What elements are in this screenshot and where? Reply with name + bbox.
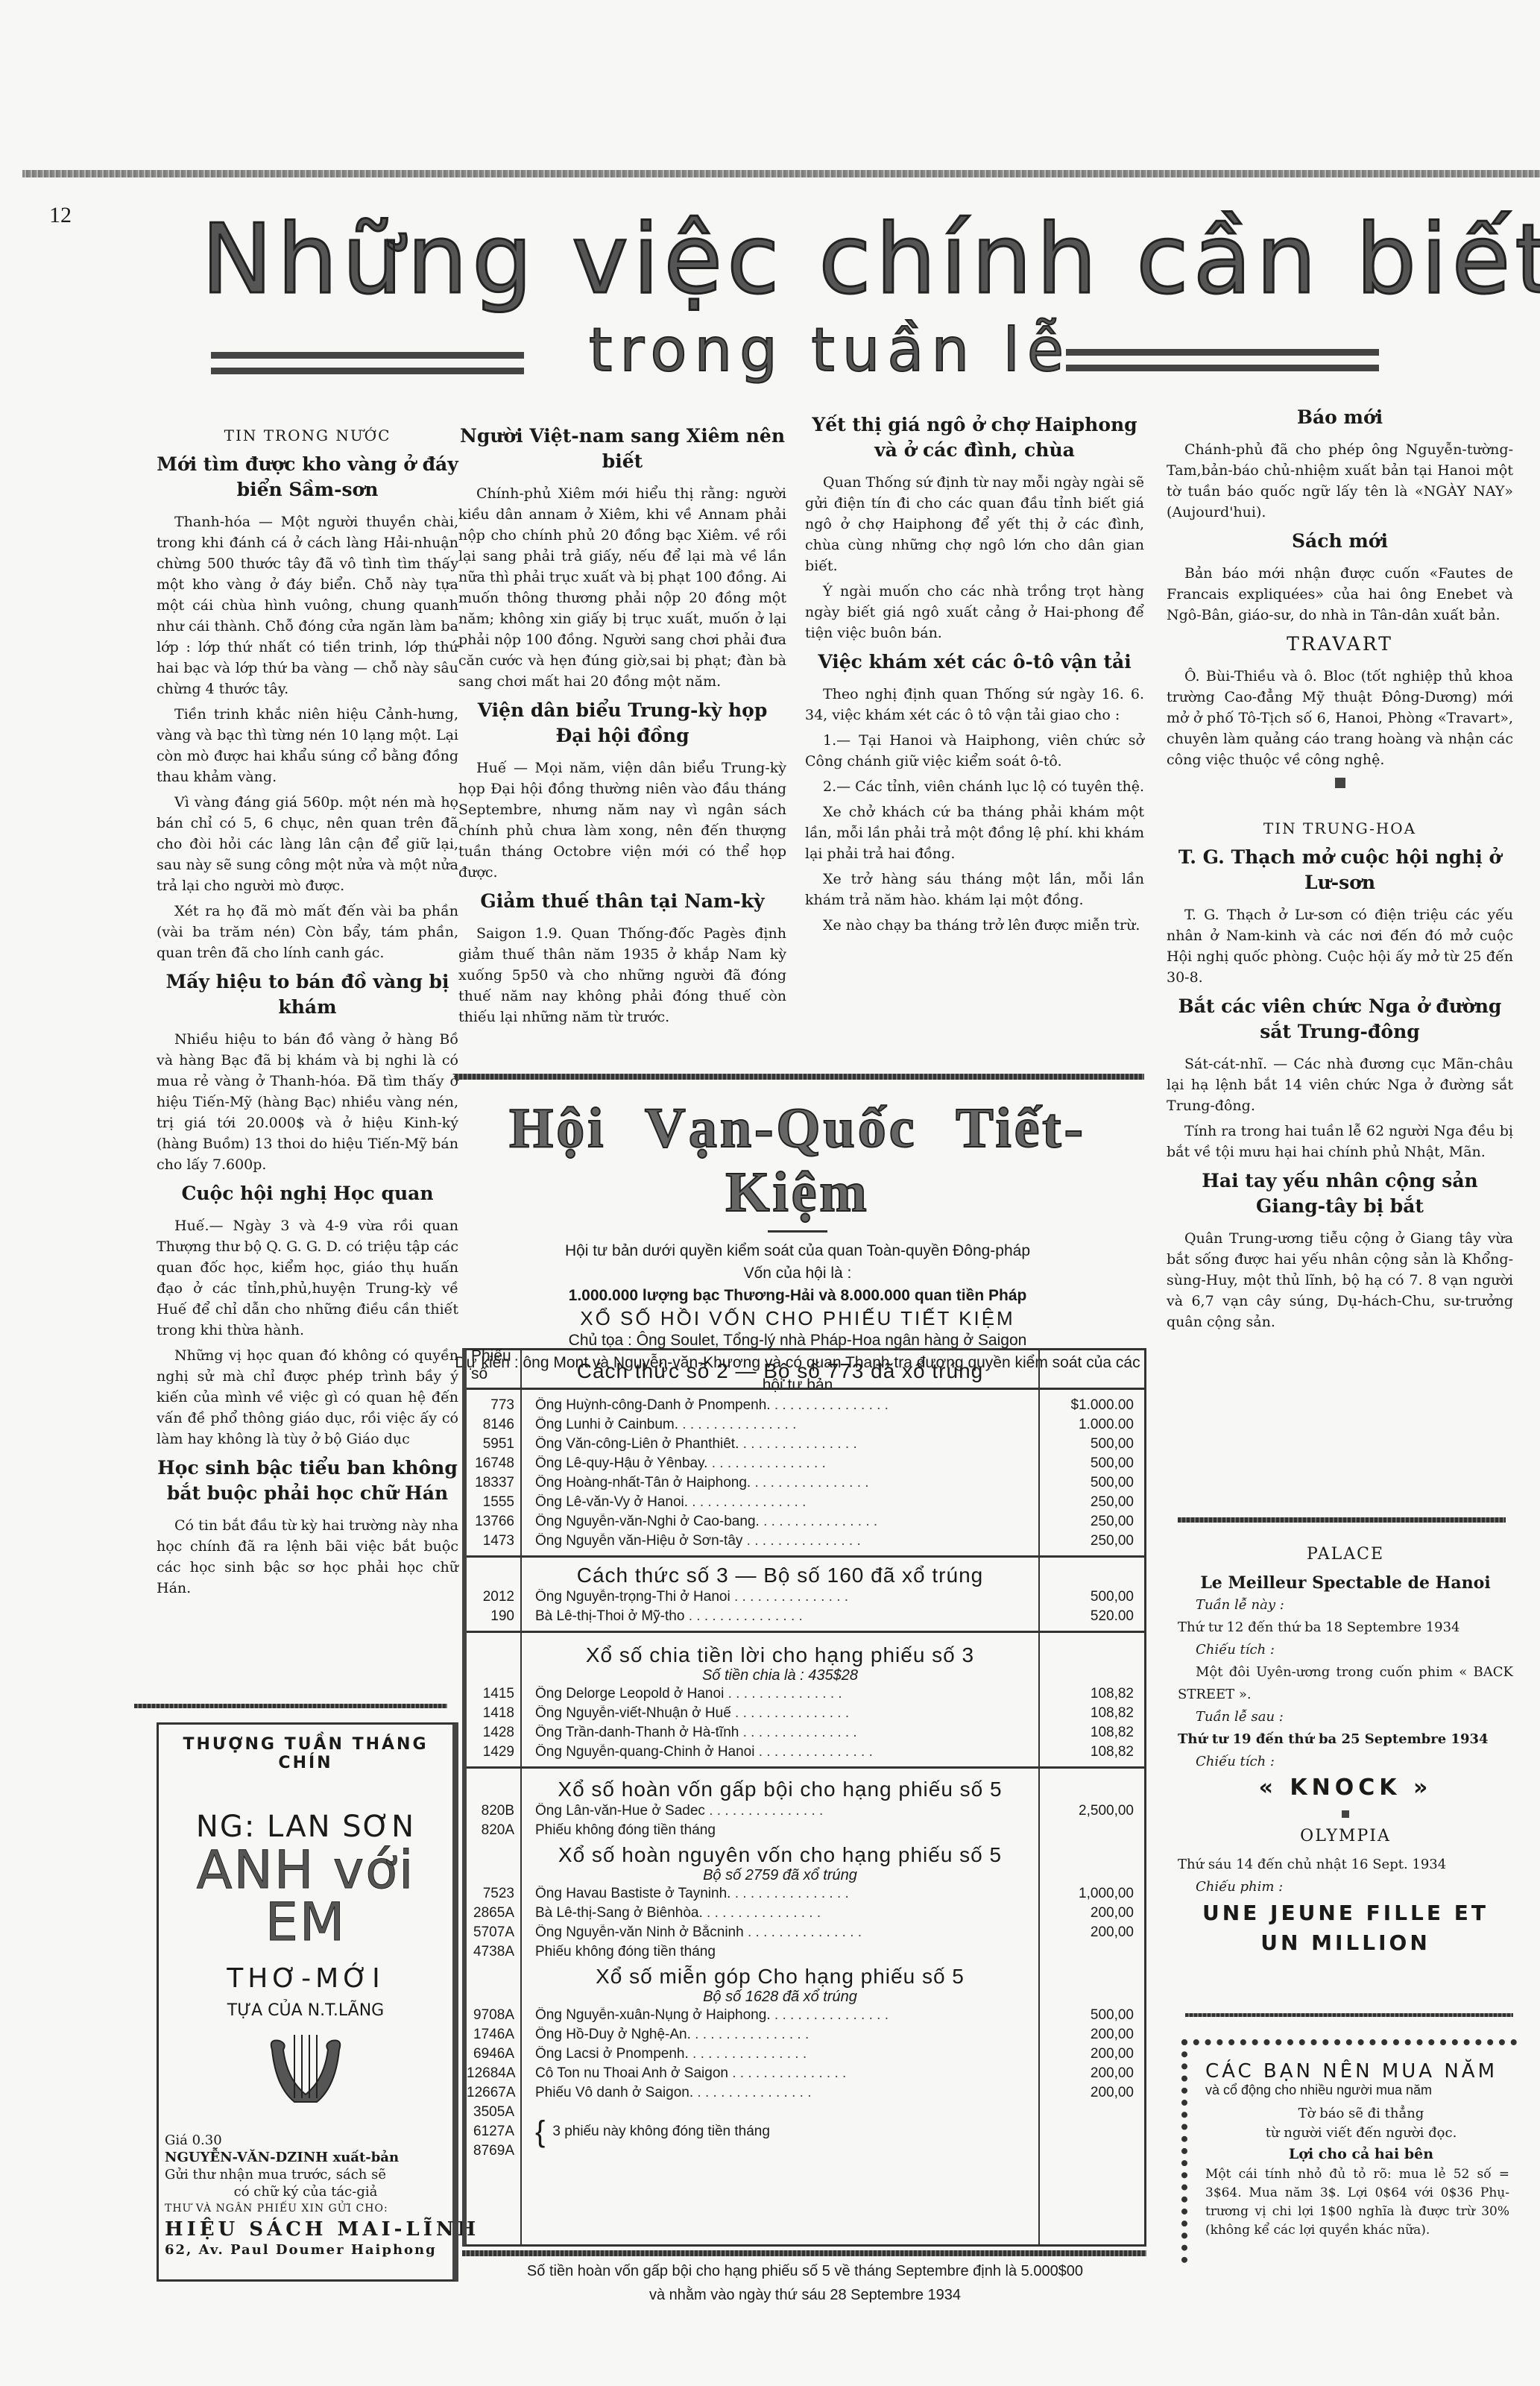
article-paragraph: Ý ngài muốn cho các nhà trồng trọt hàng … xyxy=(805,581,1144,643)
film-title: « KNOCK » xyxy=(1178,1773,1513,1803)
title-rule-left xyxy=(211,352,524,374)
article-headline: Việc khám xét các ô-tô vận tải xyxy=(805,649,1144,675)
lottery-line: Vốn của hội là : xyxy=(455,1262,1140,1285)
cinema-listings: PALACE Le Meilleur Spectable de Hanoi Tu… xyxy=(1178,1536,1513,1958)
ad-send-to: THƯ VÀ NGÂN PHIẾU XIN GỬI CHO: xyxy=(165,2200,446,2217)
article-paragraph: Xét ra họ đã mò mất đến vài ba phần (vài… xyxy=(157,901,458,963)
column-header-ticket: Phiếu số xyxy=(467,1335,520,1383)
schedule-label: Chiếu tích : xyxy=(1178,1639,1513,1661)
ad-note: Gửi thư nhận mua trước, sách sẽ xyxy=(165,2166,446,2183)
article-paragraph: Có tin bắt đầu từ kỳ hai trường này nha … xyxy=(157,1515,458,1599)
table-row: 7523Ông Havau Bastiste ở Tayninh.1,000,0… xyxy=(467,1884,1144,1904)
article-paragraph: Nhiều hiệu to bán đồ vàng ở hàng Bồ và h… xyxy=(157,1029,458,1175)
section-label: TIN TRUNG-HOA xyxy=(1167,818,1513,839)
table-section-title: Xổ số hoàn nguyên vốn cho hạng phiếu số … xyxy=(467,1840,1144,1867)
page-subtitle: trong tuần lễ xyxy=(589,321,1071,380)
dinkus-icon xyxy=(1335,778,1345,788)
table-row: 5951Ông Văn-công-Liên ở Phanthiêt.500,00 xyxy=(467,1435,1144,1454)
article-paragraph: 2.— Các tỉnh, viên chánh lục lộ có tuyên… xyxy=(805,776,1144,797)
lottery-heading: XỔ SỐ HỒI VỐN CHO PHIẾU TIẾT KIỆM xyxy=(455,1307,1140,1329)
ad-address: 62, Av. Paul Doumer Haiphong xyxy=(165,2241,446,2258)
column-2: Người Việt-nam sang Xiêm nên biết Chính-… xyxy=(458,418,786,1032)
ticket-number: 6127A xyxy=(467,2122,514,2141)
article-headline: Cuộc hội nghị Học quan xyxy=(157,1181,458,1206)
article-headline: Học sinh bậc tiểu ban không bắt buộc phả… xyxy=(157,1455,458,1506)
table-section-title: Xổ số hoàn vốn gấp bội cho hạng phiếu số… xyxy=(467,1775,1144,1801)
article-paragraph: Huế.— Ngày 3 và 4-9 vừa rồi quan Thượng … xyxy=(157,1215,458,1341)
table-row: 5707AÔng Nguyễn-văn Ninh ở Bắcninh200,00 xyxy=(467,1923,1144,1942)
table-row: 1418Ông Nguyễn-viết-Nhuận ở Huế108,82 xyxy=(467,1704,1144,1723)
ad-price: Giá 0.30 xyxy=(165,2132,446,2149)
table-row: 2012Ông Nguyễn-trọng-Thi ở Hanoi500,00 xyxy=(467,1587,1144,1607)
article-paragraph: Chính-phủ Xiêm mới hiểu thị rằng: người … xyxy=(458,483,786,692)
article-paragraph: Tính ra trong hai tuần lễ 62 người Nga đ… xyxy=(1167,1121,1513,1162)
ad-header: THƯỢNG TUẦN THÁNG CHÍN xyxy=(159,1735,452,1772)
article-paragraph: Chánh-phủ đã cho phép ông Nguyễn-tường-T… xyxy=(1167,439,1513,523)
title-rule-right xyxy=(1066,349,1379,371)
article-paragraph: Huế — Mọi năm, viện dân biểu Trung-kỳ họ… xyxy=(458,758,786,883)
schedule-dates: Thứ tư 12 đến thứ ba 18 Septembre 1934 xyxy=(1178,1617,1513,1639)
table-section-subtitle: Số tiền chia là : 435$28 xyxy=(467,1667,1144,1684)
brace-icon: { xyxy=(520,2103,545,2161)
table-section-title: Xổ số chia tiền lời cho hạng phiếu số 3 xyxy=(467,1639,1144,1667)
column-divider-rule xyxy=(134,1704,447,1708)
ad-preface: TỰA CỦA N.T.LÃNG xyxy=(159,2001,452,2020)
footer-line: và nhằm vào ngày thứ sáu 28 Septembre 19… xyxy=(462,2283,1148,2307)
article-paragraph: Sát-cát-nhĩ. — Các nhà đương cục Mãn-châ… xyxy=(1167,1054,1513,1116)
article-paragraph: Quân Trung-ương tiễu cộng ở Giang tây vừ… xyxy=(1167,1228,1513,1332)
table-bottom-rule xyxy=(462,2250,1146,2256)
article-paragraph: Ô. Bùi-Thiều và ô. Bloc (tốt nghiệp thủ … xyxy=(1167,666,1513,770)
table-row: 6946AÔng Lacsi ở Pnompenh.200,00 xyxy=(467,2045,1144,2064)
article-headline: T. G. Thạch mở cuộc hội nghị ở Lư-sơn xyxy=(1167,845,1513,895)
article-paragraph: Xe trở hàng sáu tháng một lần, mỗi lần k… xyxy=(805,869,1144,910)
article-headline: Yết thị giá ngô ở chợ Haiphong và ở các … xyxy=(805,412,1144,463)
table-row: 4738APhiếu không đóng tiền tháng xyxy=(467,1942,1144,1962)
ad-title: CÁC BẠN NÊN MUA NĂM xyxy=(1205,2060,1517,2083)
table-row: 1473Ông Nguyễn văn-Hiệu ở Sơn-tây250,00 xyxy=(467,1532,1144,1551)
table-row: 1428Ông Trần-danh-Thanh ở Hà-tĩnh108,82 xyxy=(467,1723,1144,1743)
article-headline: Bắt các viên chức Nga ở đường sắt Trung-… xyxy=(1167,994,1513,1045)
schedule-dates: Thứ tư 19 đến thứ ba 25 Septembre 1934 xyxy=(1178,1728,1513,1751)
table-row: 12667APhiếu Vô danh ở Saigon.200,00 xyxy=(467,2083,1144,2103)
ad-note: có chữ ký của tác-giả xyxy=(165,2183,446,2200)
lyre-icon xyxy=(265,2035,347,2109)
cinema-name: PALACE xyxy=(1178,1543,1513,1566)
cinema-bottom-rule xyxy=(1185,2013,1513,2017)
subscription-advertisement: CÁC BẠN NÊN MUA NĂM và cổ động cho nhiều… xyxy=(1181,2039,1517,2263)
ad-details: Giá 0.30 NGUYỄN-VĂN-DZINH xuất-bản Gửi t… xyxy=(159,2132,452,2258)
table-section-title: Cách thức số 3 — Bộ số 160 đã xổ trúng xyxy=(467,1564,1144,1587)
article-headline: Mới tìm được kho vàng ở đáy biển Sầm-sơn xyxy=(157,452,458,503)
table-row: 773Ông Huỳnh-công-Danh ở Pnompenh.$1.000… xyxy=(467,1396,1144,1415)
article-paragraph: Thanh-hóa — Một người thuyền chài, trong… xyxy=(157,511,458,699)
table-row: 1415Ông Delorge Leopold ở Hanoi108,82 xyxy=(467,1684,1144,1704)
article-paragraph: Quan Thống sứ định từ nay mỗi ngày ngài … xyxy=(805,472,1144,576)
table-row: 1746AÔng Hồ-Duy ở Nghệ-An.200,00 xyxy=(467,2025,1144,2045)
article-paragraph: Saigon 1.9. Quan Thống-đốc Pagès định gi… xyxy=(458,923,786,1027)
film-title: Một đôi Uyên-ương trong cuốn phim « BACK… xyxy=(1178,1661,1513,1706)
ad-genre: THƠ-MỚI xyxy=(159,1963,452,1994)
table-row: 820BÔng Lân-văn-Hue ở Sadec2,500,00 xyxy=(467,1801,1144,1821)
ticket-number: 3505A xyxy=(467,2103,514,2122)
table-section-subtitle: Bộ số 1628 đã xổ trúng xyxy=(467,1989,1144,2006)
article-headline: Sách mới xyxy=(1167,529,1513,554)
divider xyxy=(467,1555,1144,1558)
table-row: 8146Ông Lunhi ở Cainbum.1.000.00 xyxy=(467,1415,1144,1435)
cinema-slogan: Le Meilleur Spectable de Hanoi xyxy=(1178,1572,1513,1594)
group-note: 3 phiếu này không đóng tiền tháng xyxy=(545,2103,770,2161)
column-3: Yết thị giá ngô ở chợ Haiphong và ở các … xyxy=(805,406,1144,940)
article-headline: TRAVART xyxy=(1167,632,1513,657)
article-paragraph: T. G. Thạch ở Lư-sơn có điện triệu các y… xyxy=(1167,904,1513,988)
table-row: 12684ACô Ton nu Thoai Anh ở Saigon200,00 xyxy=(467,2064,1144,2083)
cinema-name: OLYMPIA xyxy=(1178,1825,1513,1848)
lottery-title: Hội Vạn-Quốc Tiết-Kiệm xyxy=(455,1096,1140,1224)
schedule-label: Chiếu tích : xyxy=(1178,1751,1513,1773)
ad-publisher: NGUYỄN-VĂN-DZINH xuất-bản xyxy=(165,2149,446,2166)
dinkus-icon xyxy=(1342,1810,1349,1818)
table-section-subtitle: Bộ số 2759 đã xổ trúng xyxy=(467,1867,1144,1884)
table-section-title: Cách thức số 2 — Bộ số 773 đã xổ trúng xyxy=(520,1359,1144,1383)
article-paragraph: Xe chở khách cứ ba tháng phải khám một l… xyxy=(805,802,1144,864)
ad-book-title: ANH với EM xyxy=(159,1844,452,1948)
table-row: 2865ABà Lê-thị-Sang ở Biênhòa.200,00 xyxy=(467,1904,1144,1923)
column-4: Báo mới Chánh-phủ đã cho phép ông Nguyễn… xyxy=(1167,399,1513,1337)
table-row: 18337Ông Hoàng-nhất-Tân ở Haiphong.500,0… xyxy=(467,1473,1144,1493)
article-headline: Người Việt-nam sang Xiêm nên biết xyxy=(458,424,786,474)
article-headline: Viện dân biểu Trung-kỳ họp Đại hội đồng xyxy=(458,698,786,749)
ticket-number: 8769A xyxy=(467,2141,514,2161)
table-row: 16748Ông Lê-quy-Hậu ở Yênbay.500,00 xyxy=(467,1454,1144,1473)
schedule-label: Chiếu phim : xyxy=(1178,1876,1513,1898)
table-row: 1555Ông Lê-văn-Vy ở Hanoi.250,00 xyxy=(467,1493,1144,1512)
table-row: 9708AÔng Nguyễn-xuân-Nụng ở Haiphong.500… xyxy=(467,2006,1144,2025)
lottery-capital: 1.000.000 lượng bạc Thương-Hải và 8.000.… xyxy=(455,1285,1140,1307)
article-paragraph: Những vị học quan đó không có quyền nghị… xyxy=(157,1345,458,1449)
section-label: TIN TRONG NƯỚC xyxy=(157,425,458,446)
lottery-line: Hội tư bản dưới quyền kiểm soát của quan… xyxy=(455,1240,1140,1262)
lottery-footer: Số tiền hoàn vốn gấp bội cho hạng phiếu … xyxy=(462,2259,1148,2307)
lottery-results-table: Phiếu số Cách thức số 2 — Bộ số 773 đã x… xyxy=(462,1348,1146,2247)
article-paragraph: Bản báo mới nhận được cuốn «Fautes de Fr… xyxy=(1167,563,1513,626)
divider xyxy=(467,1766,1144,1769)
table-row: 190Bà Lê-thị-Thoi ở Mỹ-tho520.00 xyxy=(467,1607,1144,1626)
ad-body: Một cái tính nhỏ đủ tỏ rõ: mua lẻ 52 số … xyxy=(1205,2165,1517,2240)
title-underline xyxy=(768,1230,827,1233)
divider xyxy=(467,1388,1144,1390)
article-paragraph: Tiền trinh khắc niên hiệu Cảnh-hưng, vàn… xyxy=(157,704,458,787)
film-title: UNE JEUNE FILLE ET UN MILLION xyxy=(1178,1898,1513,1958)
article-paragraph: Xe nào chạy ba tháng trở lên được miễn t… xyxy=(805,915,1144,936)
article-headline: Hai tay yếu nhân cộng sản Giang-tây bị b… xyxy=(1167,1168,1513,1219)
article-paragraph: 1.— Tại Hanoi và Haiphong, viên chức sở … xyxy=(805,730,1144,772)
schedule-label: Tuần lễ này : xyxy=(1178,1594,1513,1617)
article-headline: Mấy hiệu to bán đồ vàng bị khám xyxy=(157,969,458,1020)
column-domestic-news: TIN TRONG NƯỚC Mới tìm được kho vàng ở đ… xyxy=(157,418,458,1603)
ad-line: Tờ báo sẽ đi thẳng xyxy=(1205,2104,1517,2124)
table-section-title: Xổ số miễn góp Cho hạng phiếu số 5 xyxy=(467,1962,1144,1989)
page-number: 12 xyxy=(49,203,72,228)
article-headline: Báo mới xyxy=(1167,405,1513,430)
article-paragraph: Vì vàng đáng giá 560p. một nén mà họ bán… xyxy=(157,792,458,896)
table-row: 820APhiếu không đóng tiền tháng xyxy=(467,1821,1144,1840)
grouped-tickets: 3505A 6127A 8769A { 3 phiếu này không đó… xyxy=(467,2103,1144,2161)
table-row: 1429Ông Nguyễn-quang-Chinh ở Hanoi108,82 xyxy=(467,1743,1144,1762)
page-title: Những việc chính cần biết xyxy=(201,213,1540,308)
divider xyxy=(467,1631,1144,1633)
ad-bold-line: Lợi cho cả hai bên xyxy=(1205,2146,1517,2162)
article-paragraph: Theo nghị định quan Thống sứ ngày 16. 6.… xyxy=(805,684,1144,725)
lottery-top-rule xyxy=(455,1074,1144,1080)
cinema-top-rule xyxy=(1178,1517,1506,1523)
ad-shop-name: HIỆU SÁCH MAI-LĨNH xyxy=(165,2217,446,2241)
table-content: Phiếu số Cách thức số 2 — Bộ số 773 đã x… xyxy=(467,1350,1144,2161)
article-headline: Giảm thuế thân tại Nam-kỳ xyxy=(458,889,786,914)
footer-line: Số tiền hoàn vốn gấp bội cho hạng phiếu … xyxy=(462,2259,1148,2283)
table-row: 13766Ông Nguyễn-văn-Nghi ở Cao-bang.250,… xyxy=(467,1512,1144,1532)
schedule-dates: Thứ sáu 14 đến chủ nhật 16 Sept. 1934 xyxy=(1178,1854,1513,1876)
ad-line: từ người viết đến người đọc. xyxy=(1205,2124,1517,2143)
top-rule xyxy=(22,170,1540,177)
ad-subtitle: và cổ động cho nhiều người mua năm xyxy=(1205,2083,1517,2098)
schedule-label: Tuần lễ sau : xyxy=(1178,1706,1513,1728)
book-advertisement: THƯỢNG TUẦN THÁNG CHÍN NG: LAN SƠN ANH v… xyxy=(157,1722,458,2282)
